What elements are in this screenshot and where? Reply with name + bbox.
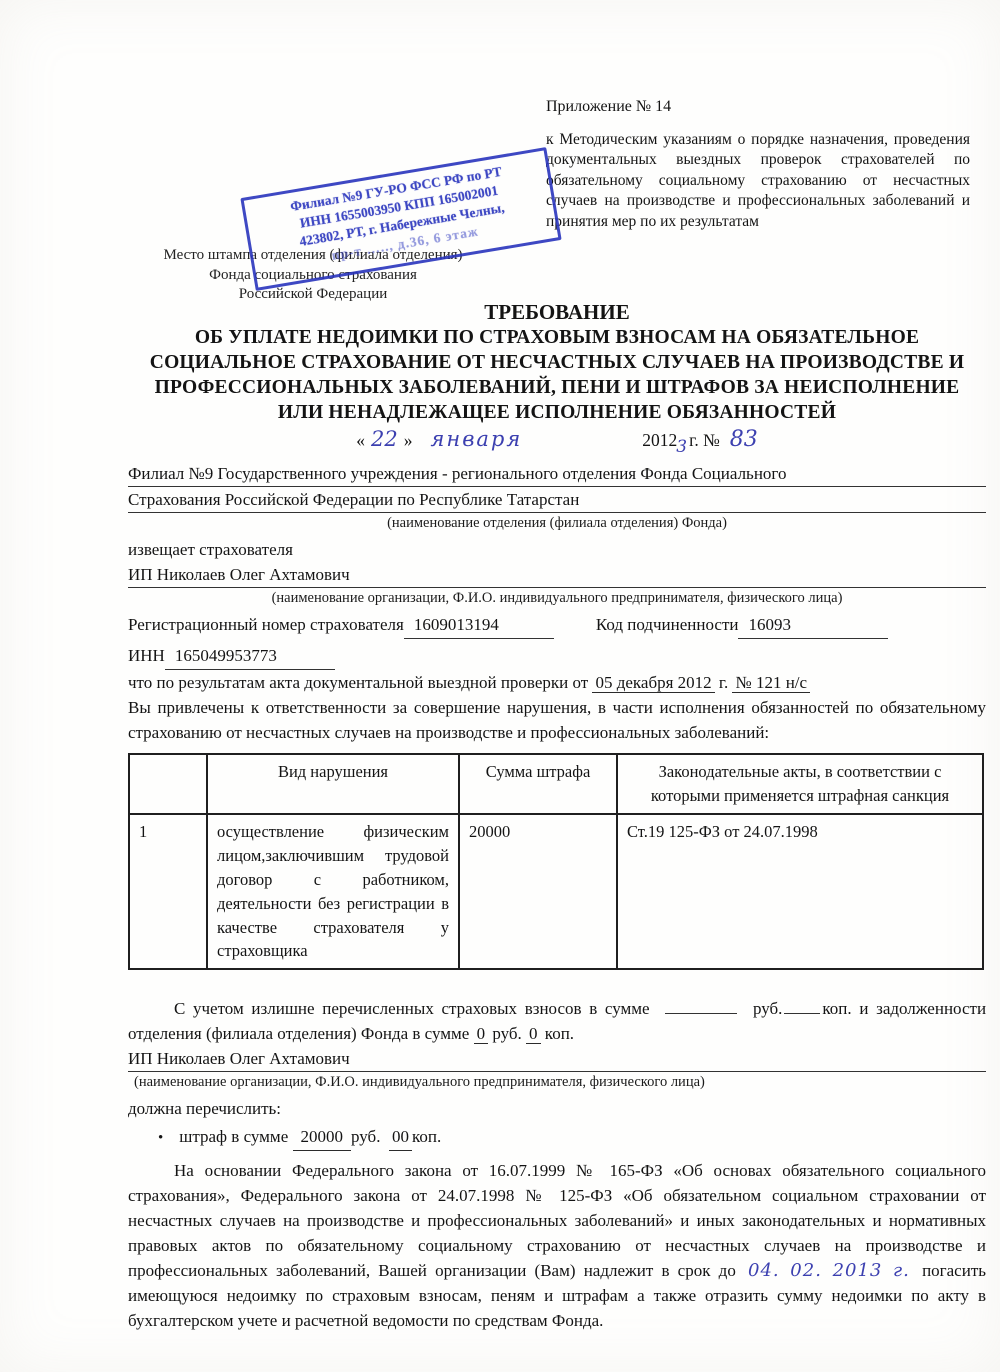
fine-list-item: • штраф в сумме 20000 руб. 00 коп. — [128, 1123, 986, 1152]
act-date: 05 декабря 2012 — [592, 673, 714, 693]
kop-word: коп. и — [822, 999, 868, 1018]
title-line: ПРОФЕССИОНАЛЬНЫХ ЗАБОЛЕВАНИЙ, ПЕНИ И ШТР… — [128, 375, 986, 400]
fine-kop-word: коп. — [412, 1123, 441, 1150]
header-fine: Сумма штрафа — [459, 754, 617, 814]
document-page: Приложение № 14 к Методическим указаниям… — [0, 0, 1000, 1372]
legal-basis-paragraph: На основании Федерального закона от 16.0… — [128, 1158, 986, 1333]
act-pre: что по результатам акта документальной в… — [128, 673, 588, 692]
cell-num: 1 — [129, 814, 207, 970]
issuer-line-2: Страхования Российской Федерации по Респ… — [128, 487, 986, 513]
blank-underline-rub — [665, 998, 737, 1014]
inn-line: ИНН 165049953773 — [128, 642, 986, 670]
issuer-line-1: Филиал №9 Государственного учреждения - … — [128, 461, 986, 487]
title-line: ТРЕБОВАНИЕ — [128, 300, 986, 325]
appendix-block: Приложение № 14 к Методическим указаниям… — [546, 98, 970, 232]
cell-acts: Ст.19 125-ФЗ от 24.07.1998 — [617, 814, 983, 970]
appendix-label: Приложение № 14 — [546, 98, 970, 116]
overpaid-paragraph: С учетом излишне перечисленных страховых… — [128, 996, 986, 1046]
header-num — [129, 754, 207, 814]
title-line: СОЦИАЛЬНОЕ СТРАХОВАНИЕ ОТ НЕСЧАСТНЫХ СЛУ… — [128, 350, 986, 375]
fine-kop-value: 00 — [389, 1123, 412, 1151]
quote-close: » — [404, 430, 413, 451]
obliged-caption: (наименование организации, Ф.И.О. индиви… — [128, 1072, 986, 1092]
blank-underline-kop — [784, 998, 820, 1014]
title-line: ИЛИ НЕНАДЛЕЖАЩЕЕ ИСПОЛНЕНИЕ ОБЯЗАННОСТЕЙ — [128, 400, 986, 425]
subordination-label: Код подчиненности — [596, 611, 739, 638]
insured-name: ИП Николаев Олег Ахтамович — [128, 562, 986, 588]
table-header-row: Вид нарушения Сумма штрафа Законодательн… — [129, 754, 983, 814]
cell-fine: 20000 — [459, 814, 617, 970]
date-number-line: « 22 » января 2012 3 г. № 83 — [128, 427, 986, 461]
inn-value: 165049953773 — [165, 642, 335, 670]
registration-line: Регистрационный номер страхователя 16090… — [128, 611, 986, 639]
handwritten-doc-number: 83 — [730, 427, 758, 452]
document-body: ТРЕБОВАНИЕ ОБ УПЛАТЕ НЕДОИМКИ ПО СТРАХОВ… — [128, 300, 986, 1333]
header-acts: Законодательные акты, в соответствии с к… — [617, 754, 983, 814]
year-suffix: г. № — [689, 430, 720, 451]
handwritten-month: января — [430, 427, 522, 451]
kop-word-2: коп. — [545, 1024, 574, 1043]
header-violation: Вид нарушения — [207, 754, 459, 814]
rub-word-2: руб. — [492, 1024, 521, 1043]
violations-table: Вид нарушения Сумма штрафа Законодательн… — [128, 753, 984, 970]
obliged-name: ИП Николаев Олег Ахтамович — [128, 1046, 986, 1072]
fine-rub-word: руб. — [351, 1123, 380, 1150]
document-title: ТРЕБОВАНИЕ ОБ УПЛАТЕ НЕДОИМКИ ПО СТРАХОВ… — [128, 300, 986, 425]
subordination-value: 16093 — [738, 611, 888, 639]
rub-word: руб. — [753, 999, 782, 1018]
act-mid: г. — [719, 673, 728, 692]
act-number: № 121 н/с — [732, 673, 810, 693]
fine-pre: штраф в сумме — [179, 1123, 288, 1150]
reg-number-value: 1609013194 — [404, 611, 554, 639]
table-row: 1 осуществление физическим лицом,заключи… — [129, 814, 983, 970]
insured-caption: (наименование организации, Ф.И.О. индиви… — [128, 588, 986, 608]
handwritten-deadline-date: 04. 02. 2013 г. — [744, 1260, 914, 1281]
notify-text: извещает страхователя — [128, 537, 986, 562]
handwritten-day: 22 — [371, 427, 398, 451]
act-reference-line: что по результатам акта документальной в… — [128, 670, 986, 695]
appendix-body: к Методическим указаниям о порядке назна… — [546, 130, 970, 232]
must-transfer-text: должна перечислить: — [128, 1096, 986, 1121]
debt-rub-value: 0 — [474, 1024, 489, 1044]
reg-number-label: Регистрационный номер страхователя — [128, 611, 404, 638]
inn-label: ИНН — [128, 642, 165, 669]
debt-kop-value: 0 — [526, 1024, 541, 1044]
year-printed: 2012 — [642, 430, 677, 451]
fine-sum: 20000 — [293, 1123, 352, 1151]
liability-paragraph: Вы привлечены к ответственности за совер… — [128, 695, 986, 745]
handwritten-year-correction: 3 — [676, 437, 687, 457]
issuer-caption: (наименование отделения (филиала отделен… — [128, 513, 986, 533]
bullet-icon: • — [158, 1125, 163, 1152]
overpaid-pre: С учетом излишне перечисленных страховых… — [174, 999, 650, 1018]
cell-violation: осуществление физическим лицом,заключивш… — [207, 814, 459, 970]
title-line: ОБ УПЛАТЕ НЕДОИМКИ ПО СТРАХОВЫМ ВЗНОСАМ … — [128, 325, 986, 350]
quote-open: « — [356, 430, 365, 451]
